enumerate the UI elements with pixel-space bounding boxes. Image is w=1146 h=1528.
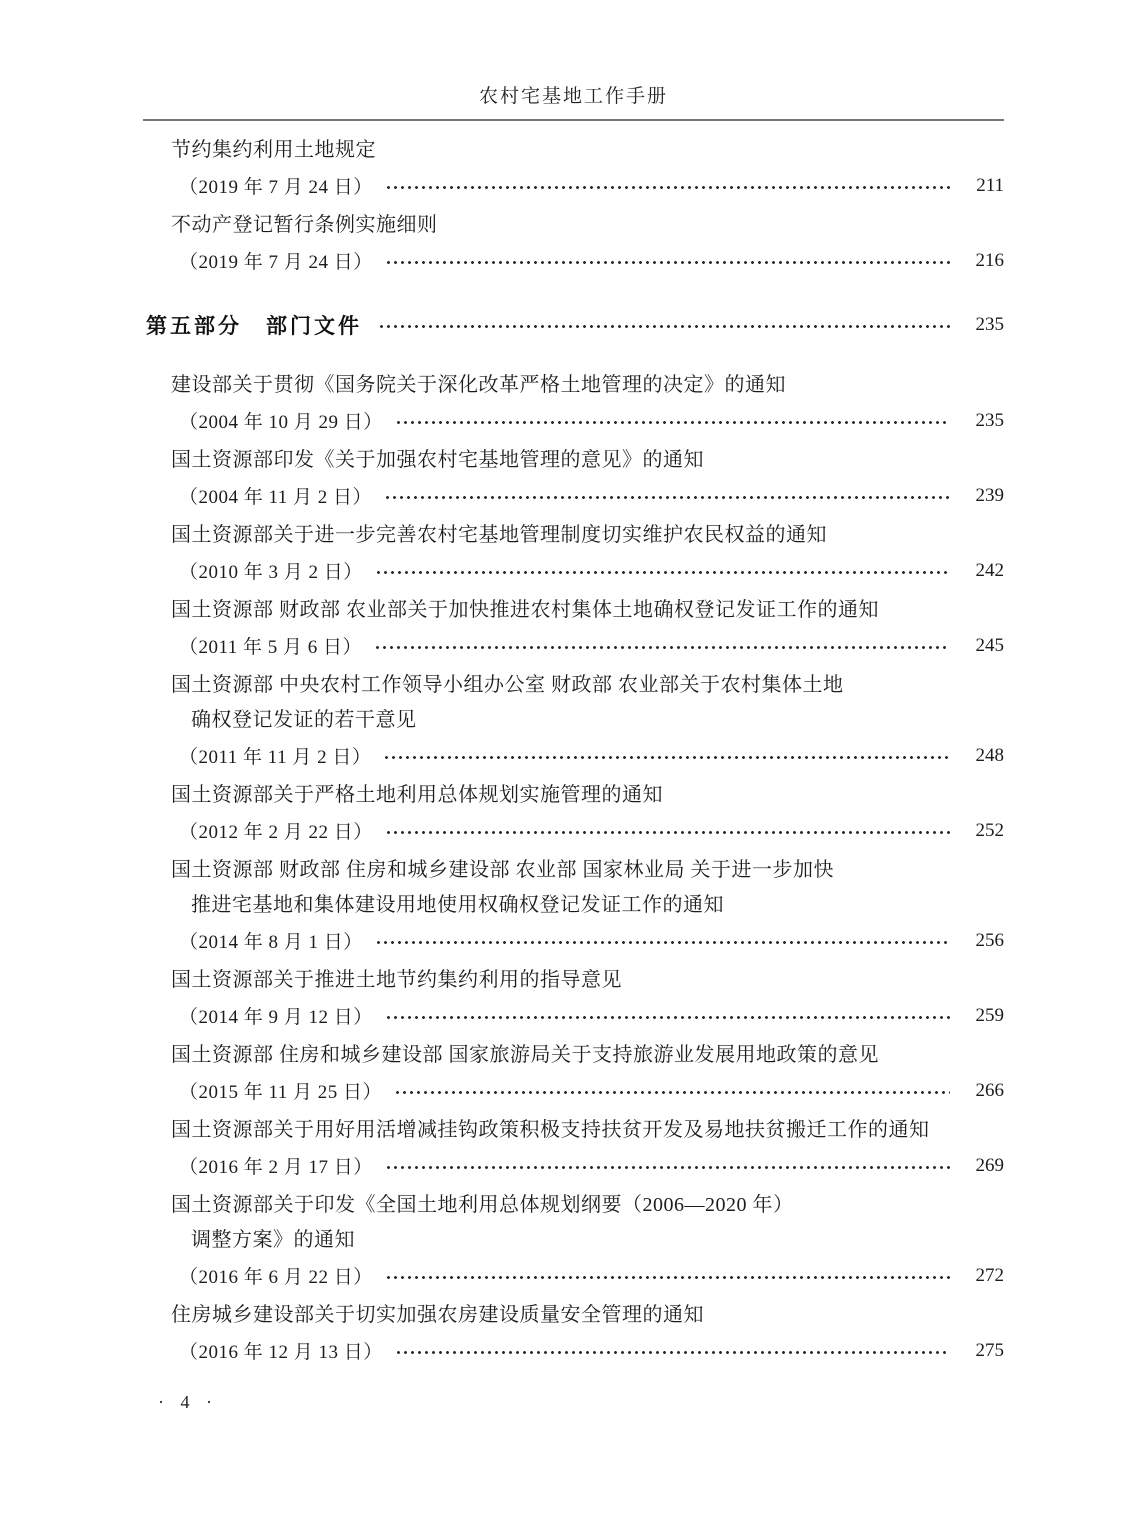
dot-leader [385,1258,950,1293]
toc-entry-date: （2019 年 7 月 24 日） [179,247,373,274]
dot-leader [375,553,950,588]
toc-entry-title-line: 国土资源部印发《关于加强农村宅基地管理的意见》的通知 [143,443,1004,478]
toc-entry-page-number: 216 [960,250,1004,272]
dot-leader [385,998,950,1033]
toc-entry-title-line: 住房城乡建设部关于切实加强农房建设质量安全管理的通知 [143,1298,1004,1333]
toc-entry-date-row: （2019 年 7 月 24 日）216 [143,243,1004,278]
toc-entry-title-line: 国土资源部关于印发《全国土地利用总体规划纲要（2006—2020 年） [143,1188,1004,1223]
dot-leader [383,738,950,773]
toc-entry-title-line: 确权登记发证的若干意见 [143,703,1004,738]
toc-entry-date: （2019 年 7 月 24 日） [179,172,373,199]
toc-entry-page-number: 235 [960,410,1004,432]
dot-leader [375,923,950,958]
toc-page: { "page": { "header_title": "农村宅基地工作手册",… [0,0,1146,1528]
toc-entry-title-line: 国土资源部关于严格土地利用总体规划实施管理的通知 [143,778,1004,813]
toc-entry-date: （2016 年 6 月 22 日） [179,1262,373,1289]
toc-entry-date: （2010 年 3 月 2 日） [179,557,363,584]
toc-entry-date-row: （2016 年 12 月 13 日）275 [143,1333,1004,1368]
toc-entry-date-row: （2011 年 5 月 6 日）245 [143,628,1004,663]
toc-entry-date: （2011 年 5 月 6 日） [179,632,362,659]
toc-section-heading-row: 第五部分 部门文件235 [143,306,1004,344]
toc-entry-title-line: 国土资源部 中央农村工作领导小组办公室 财政部 农业部关于农村集体土地 [143,668,1004,703]
toc-entry-page-number: 259 [960,1005,1004,1027]
toc-section-heading-label: 第五部分 部门文件 [143,310,362,340]
toc-entry: 国土资源部关于印发《全国土地利用总体规划纲要（2006—2020 年）调整方案》… [143,1188,1004,1293]
toc-entry-title-line: 建设部关于贯彻《国务院关于深化改革严格土地管理的决定》的通知 [143,368,1004,403]
toc-entry-date: （2014 年 9 月 12 日） [179,1002,373,1029]
toc-entry-title-line: 国土资源部 财政部 农业部关于加快推进农村集体土地确权登记发证工作的通知 [143,593,1004,628]
toc-entry-title-line: 调整方案》的通知 [143,1223,1004,1258]
toc-entry-title-line: 不动产登记暂行条例实施细则 [143,208,1004,243]
toc-entry: 国土资源部关于推进土地节约集约利用的指导意见（2014 年 9 月 12 日）2… [143,963,1004,1033]
toc-entry-date-row: （2012 年 2 月 22 日）252 [143,813,1004,848]
toc-entry: 国土资源部 住房和城乡建设部 国家旅游局关于支持旅游业发展用地政策的意见（201… [143,1038,1004,1108]
dot-leader [395,403,950,438]
toc-entry-date: （2016 年 2 月 17 日） [179,1152,373,1179]
toc-section-heading-page-number: 235 [960,314,1004,336]
dot-leader [394,1073,950,1108]
toc-entry-date: （2012 年 2 月 22 日） [179,817,373,844]
toc-entry-date: （2004 年 11 月 2 日） [179,482,372,509]
toc-entry-date: （2015 年 11 月 25 日） [179,1077,382,1104]
dot-leader [385,168,950,203]
toc-entry: 国土资源部关于进一步完善农村宅基地管理制度切实维护农民权益的通知（2010 年 … [143,518,1004,588]
toc-entry-date-row: （2016 年 2 月 17 日）269 [143,1148,1004,1183]
toc-entry-page-number: 242 [960,560,1004,582]
toc-entry-page-number: 266 [960,1080,1004,1102]
toc-entry-date: （2004 年 10 月 29 日） [179,407,383,434]
toc-entry-page-number: 272 [960,1265,1004,1287]
toc-entry-page-number: 245 [960,635,1004,657]
toc-entry-page-number: 248 [960,745,1004,767]
toc-entry-title-line: 国土资源部 住房和城乡建设部 国家旅游局关于支持旅游业发展用地政策的意见 [143,1038,1004,1073]
toc-entry-title-line: 节约集约利用土地规定 [143,133,1004,168]
dot-leader [385,813,950,848]
toc-entry-date: （2016 年 12 月 13 日） [179,1337,383,1364]
toc-entry-date: （2014 年 8 月 1 日） [179,927,363,954]
toc-entry-date-row: （2015 年 11 月 25 日）266 [143,1073,1004,1108]
toc-entry-date-row: （2011 年 11 月 2 日）248 [143,738,1004,773]
toc-entry: 国土资源部 财政部 住房和城乡建设部 农业部 国家林业局 关于进一步加快推进宅基… [143,853,1004,958]
toc-entry-page-number: 256 [960,930,1004,952]
toc-entry: 国土资源部 中央农村工作领导小组办公室 财政部 农业部关于农村集体土地确权登记发… [143,668,1004,773]
toc-entry-page-number: 239 [960,485,1004,507]
toc-entry-page-number: 252 [960,820,1004,842]
dot-leader [384,478,950,513]
toc-entry: 住房城乡建设部关于切实加强农房建设质量安全管理的通知（2016 年 12 月 1… [143,1298,1004,1368]
toc-entry: 节约集约利用土地规定（2019 年 7 月 24 日）211 [143,133,1004,203]
toc-entry-date-row: （2014 年 9 月 12 日）259 [143,998,1004,1033]
table-of-contents: 节约集约利用土地规定（2019 年 7 月 24 日）211不动产登记暂行条例实… [143,121,1004,1368]
toc-entry-date-row: （2004 年 10 月 29 日）235 [143,403,1004,438]
toc-entry-date-row: （2010 年 3 月 2 日）242 [143,553,1004,588]
toc-entry: 国土资源部 财政部 农业部关于加快推进农村集体土地确权登记发证工作的通知（201… [143,593,1004,663]
dot-leader [374,628,950,663]
toc-entry-date: （2011 年 11 月 2 日） [179,742,371,769]
toc-entry-title-line: 国土资源部关于进一步完善农村宅基地管理制度切实维护农民权益的通知 [143,518,1004,553]
toc-entry-title-line: 国土资源部 财政部 住房和城乡建设部 农业部 国家林业局 关于进一步加快 [143,853,1004,888]
toc-entry-date-row: （2004 年 11 月 2 日）239 [143,478,1004,513]
toc-entry: 建设部关于贯彻《国务院关于深化改革严格土地管理的决定》的通知（2004 年 10… [143,368,1004,438]
toc-entry-title-line: 国土资源部关于推进土地节约集约利用的指导意见 [143,963,1004,998]
toc-entry-title-line: 推进宅基地和集体建设用地使用权确权登记发证工作的通知 [143,888,1004,923]
toc-entry: 不动产登记暂行条例实施细则（2019 年 7 月 24 日）216 [143,208,1004,278]
toc-entry-date-row: （2016 年 6 月 22 日）272 [143,1258,1004,1293]
toc-entry: 国土资源部印发《关于加强农村宅基地管理的意见》的通知（2004 年 11 月 2… [143,443,1004,513]
toc-entry-date-row: （2019 年 7 月 24 日）211 [143,168,1004,203]
footer-page-number: · 4 · [158,1392,218,1413]
dot-leader [385,1148,950,1183]
document-page: 农村宅基地工作手册 节约集约利用土地规定（2019 年 7 月 24 日）211… [0,0,1146,1528]
dot-leader [385,243,950,278]
toc-entry-title-line: 国土资源部关于用好用活增减挂钩政策积极支持扶贫开发及易地扶贫搬迁工作的通知 [143,1113,1004,1148]
dot-leader [378,306,950,344]
toc-entry-page-number: 269 [960,1155,1004,1177]
toc-entry-page-number: 275 [960,1340,1004,1362]
toc-entry: 国土资源部关于严格土地利用总体规划实施管理的通知（2012 年 2 月 22 日… [143,778,1004,848]
toc-entry-date-row: （2014 年 8 月 1 日）256 [143,923,1004,958]
toc-entry-page-number: 211 [960,175,1004,197]
dot-leader [395,1333,950,1368]
page-header-title: 农村宅基地工作手册 [143,84,1004,110]
toc-entry: 国土资源部关于用好用活增减挂钩政策积极支持扶贫开发及易地扶贫搬迁工作的通知（20… [143,1113,1004,1183]
